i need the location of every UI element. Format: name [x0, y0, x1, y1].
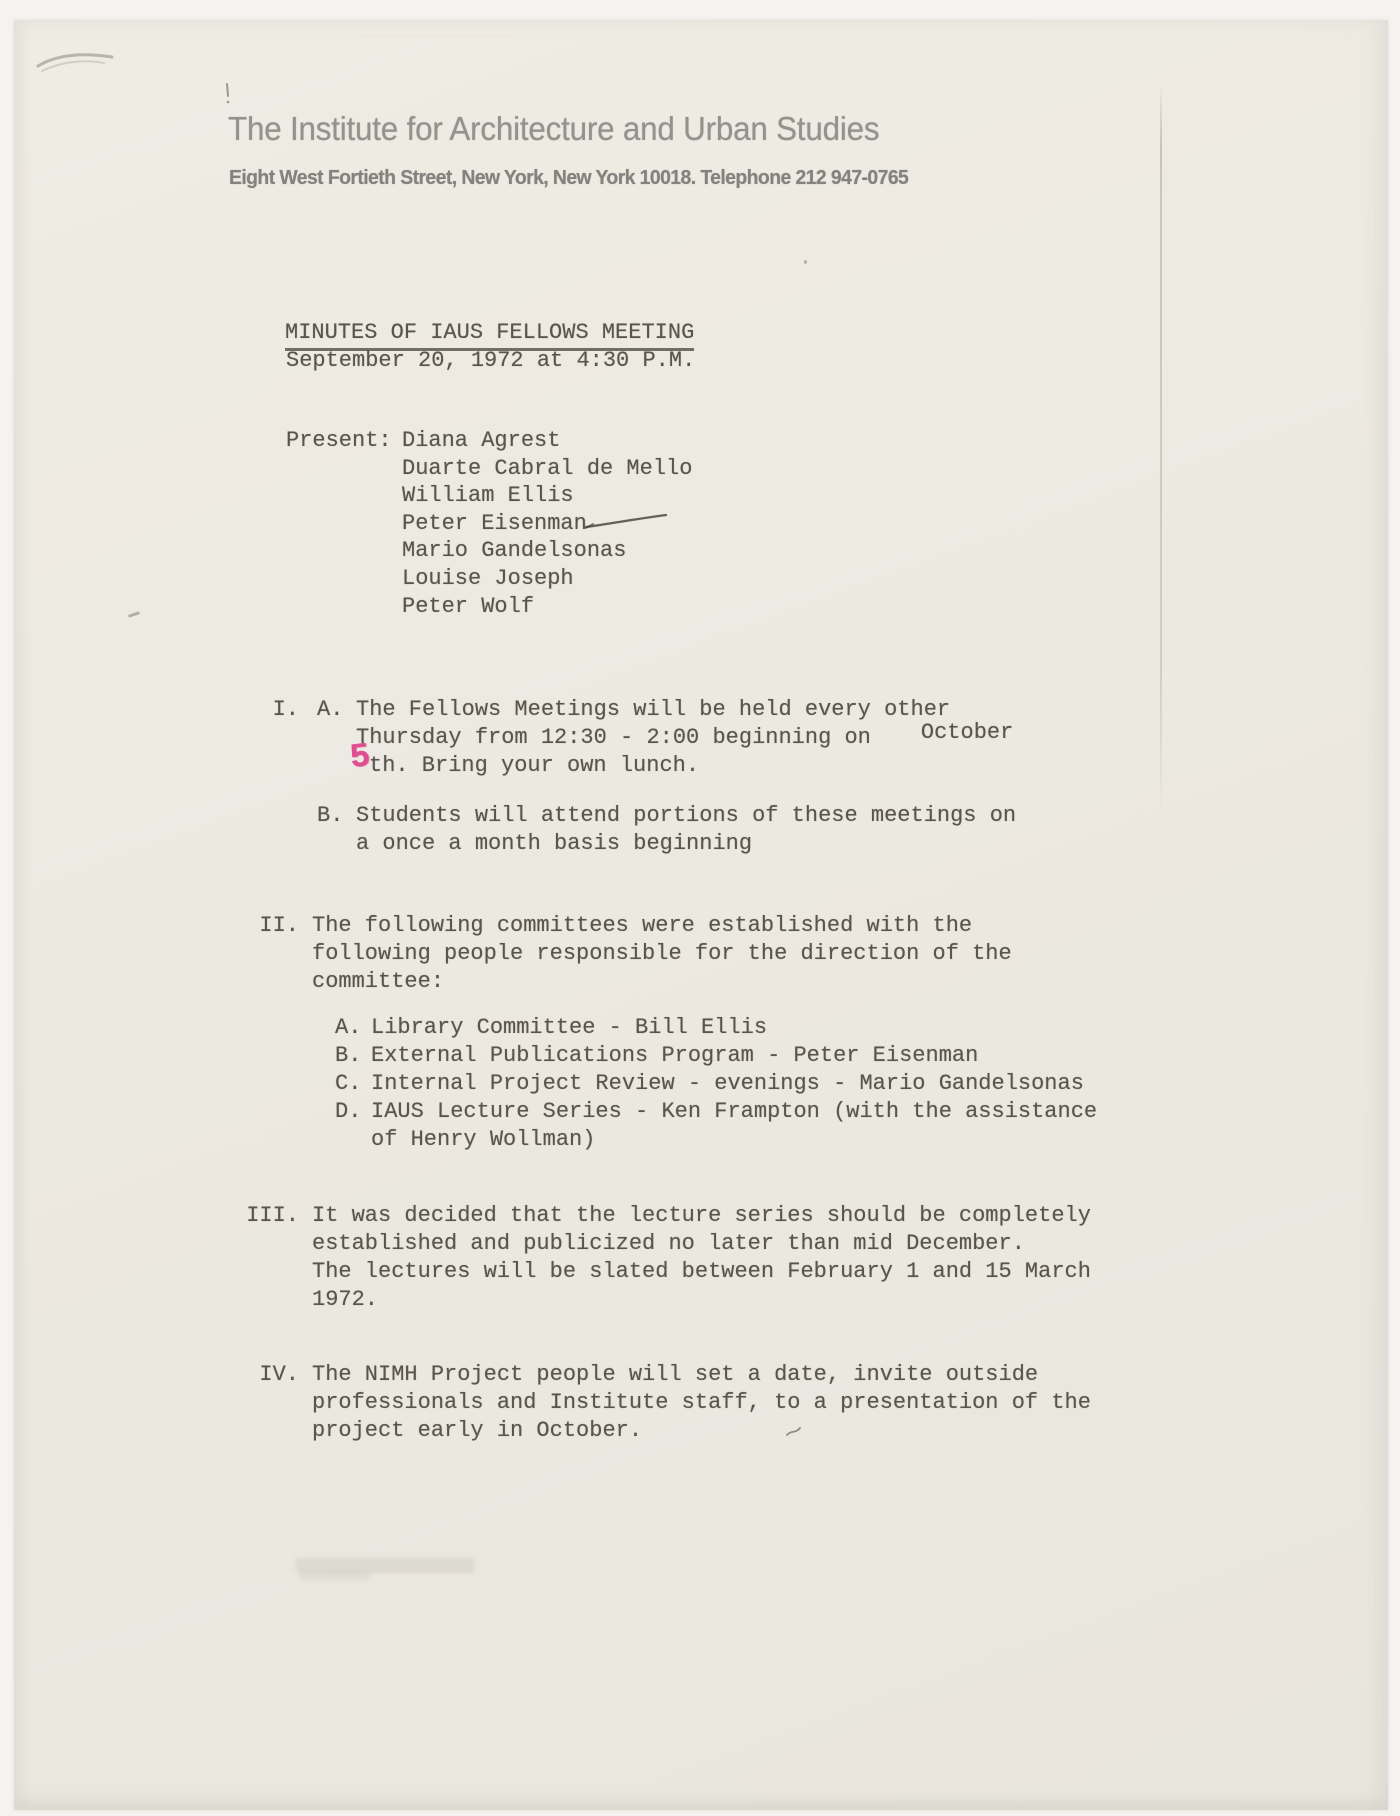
staple-mark — [34, 46, 124, 76]
committee-item-text: Internal Project Review - evenings - Mar… — [371, 1070, 1084, 1098]
attendee-name: Peter Wolf — [402, 593, 534, 621]
item-1a-line2-text: Thursday from 12:30 - 2:00 beginning on — [356, 725, 871, 750]
ghost-text-smudge — [296, 1558, 474, 1573]
section-1-label: I. — [206, 696, 299, 724]
letterhead-address: Eight West Fortieth Street, New York, Ne… — [229, 167, 908, 190]
scanned-page: The Institute for Architecture and Urban… — [0, 0, 1400, 1816]
section-3-line: It was decided that the lecture series s… — [312, 1202, 1091, 1230]
section-4-line: professionals and Institute staff, to a … — [312, 1389, 1091, 1417]
section-2-line: The following committees were establishe… — [312, 912, 972, 940]
committee-item-text: Library Committee - Bill Ellis — [371, 1014, 767, 1042]
section-3-line: 1972. — [312, 1286, 378, 1314]
page-crease — [1160, 82, 1162, 822]
attendee-name: Peter Eisenman — [402, 510, 587, 538]
committee-item-text: External Publications Program - Peter Ei… — [371, 1042, 978, 1070]
ghost-text-smudge — [300, 1572, 370, 1580]
committee-item-label: B. — [335, 1042, 361, 1070]
item-1b-line: Students will attend portions of these m… — [356, 802, 1016, 830]
attendee-name: Diana Agrest — [402, 427, 560, 455]
item-1b-label: B. — [317, 802, 343, 830]
pen-mark-exclamation — [223, 82, 233, 110]
item-1a-line: The Fellows Meetings will be held every … — [356, 696, 950, 724]
section-4-label: IV. — [206, 1361, 299, 1389]
attendee-name: William Ellis — [402, 482, 574, 510]
item-1a-line: th. Bring your own lunch. — [369, 752, 699, 780]
section-3-line: The lectures will be slated between Febr… — [312, 1258, 1091, 1286]
committee-item-text: of Henry Wollman) — [371, 1126, 595, 1154]
item-1b-line: a once a month basis beginning — [356, 830, 752, 858]
attendee-name: Duarte Cabral de Mello — [402, 455, 692, 483]
attendee-name: Mario Gandelsonas — [402, 537, 626, 565]
committee-item-label: C. — [335, 1070, 361, 1098]
committee-item-text: IAUS Lecture Series - Ken Frampton (with… — [371, 1098, 1097, 1126]
section-4-line: project early in October. — [312, 1417, 642, 1445]
committee-item-label: D. — [335, 1098, 361, 1126]
doc-datetime: September 20, 1972 at 4:30 P.M. — [286, 347, 695, 375]
committee-item-label: A. — [335, 1014, 361, 1042]
section-4-line: The NIMH Project people will set a date,… — [312, 1361, 1038, 1389]
pen-tick-mark — [786, 1426, 802, 1438]
section-2-line: committee: — [312, 968, 444, 996]
pen-stroke — [584, 511, 670, 533]
item-1a-line: Thursday from 12:30 - 2:00 beginning onO… — [356, 724, 1013, 752]
section-2-label: II. — [206, 912, 299, 940]
item-1a-label: A. — [317, 696, 343, 724]
letterhead-org-name: The Institute for Architecture and Urban… — [228, 110, 879, 148]
present-label: Present: — [286, 427, 392, 455]
section-2-line: following people responsible for the dir… — [312, 940, 1012, 968]
attendee-name: Louise Joseph — [402, 565, 574, 593]
typed-insert-october: October — [921, 719, 1013, 747]
ink-speck — [804, 260, 807, 264]
section-3-line: established and publicized no later than… — [312, 1230, 1025, 1258]
section-3-label: III. — [206, 1202, 299, 1230]
